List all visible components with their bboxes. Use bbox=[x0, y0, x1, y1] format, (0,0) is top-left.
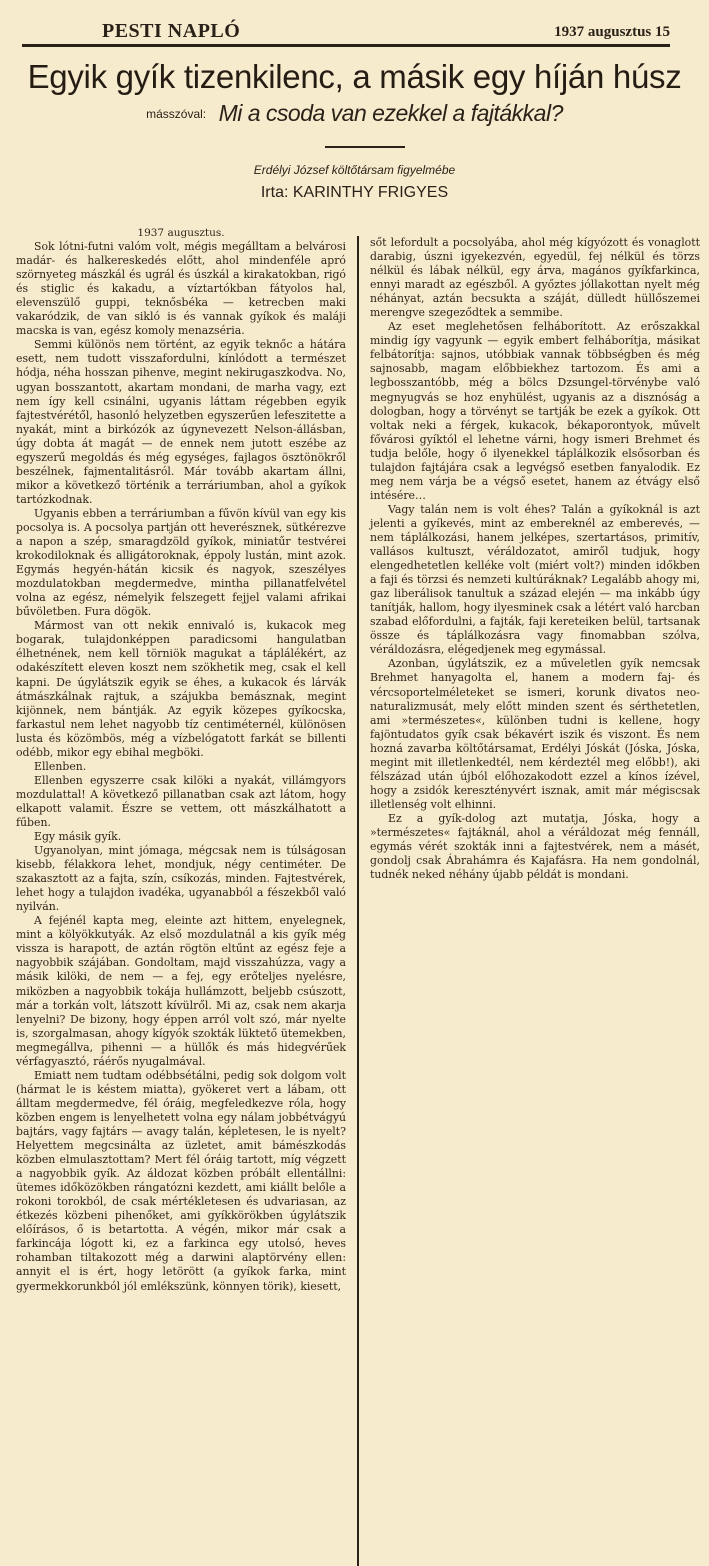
issue-date: 1937 augusztus 15 bbox=[554, 24, 670, 41]
paragraph: Emiatt nem tudtam odébbsétálni, pedig so… bbox=[16, 1069, 346, 1294]
paragraph: Semmi különös nem történt, az egyik tekn… bbox=[16, 338, 346, 507]
paragraph: Ellenben egyszerre csak kilöki a nyakát,… bbox=[16, 774, 346, 830]
column-divider bbox=[357, 236, 359, 1566]
paragraph: Ugyanis ebben a terráriumban a fűvön kív… bbox=[16, 507, 346, 619]
article-headline: Egyik gyík tizenkilenc, a másik egy híjá… bbox=[0, 58, 709, 96]
dedication: Erdélyi József költőtársam figyelmébe bbox=[0, 163, 709, 177]
paragraph: Ellenben. bbox=[16, 760, 346, 774]
paragraph: Sok lótni-futni valóm volt, mégis megáll… bbox=[16, 240, 346, 338]
paragraph: Ugyanolyan, mint jómaga, mégcsak nem is … bbox=[16, 844, 346, 914]
title-divider bbox=[325, 146, 405, 148]
article-subhead: másszóval: Mi a csoda van ezekkel a fajt… bbox=[0, 100, 709, 127]
paragraph: Az eset meglehetősen felháborított. Az e… bbox=[370, 320, 700, 503]
paragraph: Azonban, úgylátszik, ez a műveletlen gyí… bbox=[370, 657, 700, 812]
paragraph: Ez a gyík-dolog azt mutatja, Jóska, hogy… bbox=[370, 812, 700, 882]
paragraph: sőt lefordult a pocsolyába, ahol még kíg… bbox=[370, 236, 700, 320]
newspaper-name: PESTI NAPLÓ bbox=[102, 20, 240, 43]
paragraph: Vagy talán nem is volt éhes? Talán a gyí… bbox=[370, 503, 700, 658]
subhead-prefix: másszóval: bbox=[146, 107, 206, 121]
byline: Irta: KARINTHY FRIGYES bbox=[0, 184, 709, 202]
paragraph: Egy másik gyík. bbox=[16, 830, 346, 844]
right-column: sőt lefordult a pocsolyába, ahol még kíg… bbox=[370, 236, 700, 882]
masthead: PESTI NAPLÓ 1937 augusztus 15 bbox=[22, 18, 670, 47]
subhead-question: Mi a csoda van ezekkel a fajtákkal? bbox=[219, 100, 563, 126]
paragraph: Mármost van ott nekik ennivaló is, kukac… bbox=[16, 619, 346, 759]
paragraph: A fejénél kapta meg, eleinte azt hittem,… bbox=[16, 914, 346, 1069]
left-column: 1937 augusztus. Sok lótni-futni valóm vo… bbox=[16, 226, 346, 1294]
dateline: 1937 augusztus. bbox=[16, 226, 346, 240]
